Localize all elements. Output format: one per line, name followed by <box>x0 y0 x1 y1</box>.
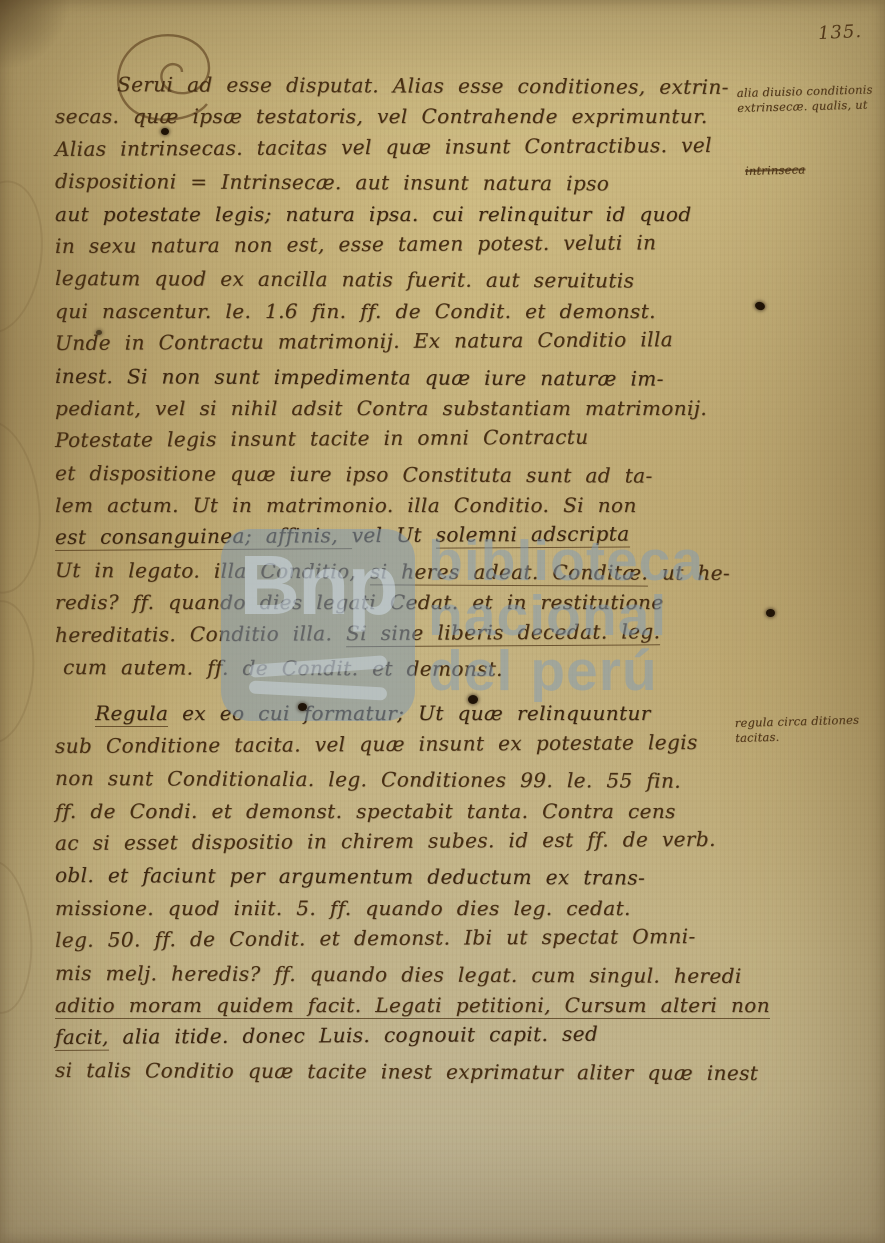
manuscript-line: Potestate legis insunt tacite in omni Co… <box>55 420 775 457</box>
manuscript-line: leg. 50. ff. de Condit. et demonst. Ibi … <box>55 920 775 957</box>
manuscript-line: ac si esset dispositio in chirem subes. … <box>55 823 775 860</box>
ink-blot <box>161 128 169 135</box>
manuscript-line: inest. Si non sunt impedimenta quæ iure … <box>55 360 775 396</box>
manuscript-line: sub Conditione tacita. vel quæ insunt ex… <box>55 725 775 762</box>
manuscript-line: hereditatis. Conditio illa. Si sine libe… <box>55 614 775 651</box>
showthrough-mark <box>0 416 49 598</box>
manuscript-line: dispositioni = Intrinsecæ. aut insunt na… <box>55 165 775 201</box>
manuscript-line: Serui ad esse disputat. Alias esse condi… <box>55 68 775 104</box>
manuscript-line: Unde in Contractu matrimonij. Ex natura … <box>55 323 775 360</box>
showthrough-mark <box>0 858 37 1017</box>
manuscript-line: cum autem. ff. de Condit. et demonst. <box>55 651 775 687</box>
margin-note-regula: regula circa ditiones tacitas. <box>735 712 885 746</box>
manuscript-line: in sexu natura non est, esse tamen potes… <box>55 226 775 263</box>
manuscript-line: non sunt Conditionalia. leg. Conditiones… <box>55 762 775 798</box>
showthrough-mark <box>0 597 40 747</box>
margin-note-line: extrinsecæ. qualis, ut <box>737 97 885 116</box>
manuscript-line: legatum quod ex ancilla natis fuerit. au… <box>55 262 775 298</box>
manuscript-line: aut potestate legis; natura ipsa. cui re… <box>55 198 775 230</box>
manuscript-line: redis? ff. quando dies legati Cedat. et … <box>55 586 775 618</box>
margin-note-line: tacitas. <box>735 727 885 746</box>
manuscript-line: Ut in legato. illa Conditio, si heres ad… <box>55 554 775 590</box>
ink-blot <box>298 703 307 711</box>
manuscript-text: Serui ad esse disputat. Alias esse condi… <box>55 68 775 1086</box>
margin-note-line: intrinseca <box>745 160 885 179</box>
ink-blot <box>766 609 775 617</box>
manuscript-line: mis melj. heredis? ff. quando dies legat… <box>55 957 775 993</box>
manuscript-line: facit, alia itide. donec Luis. cognouit … <box>55 1017 775 1054</box>
showthrough-mark <box>0 175 52 339</box>
manuscript-line: si talis Conditio quæ tacite inest expri… <box>55 1054 775 1090</box>
margin-note-extrinseca: alia diuisio conditionis extrinsecæ. qua… <box>737 82 885 116</box>
manuscript-line: est consanguinea; affinis, vel Ut solemn… <box>55 517 775 554</box>
manuscript-line: ff. de Condi. et demonst. spectabit tant… <box>55 795 775 827</box>
manuscript-line: et dispositione quæ iure ipso Constituta… <box>55 457 775 493</box>
manuscript-page: 135. Serui ad esse disputat. Alias esse … <box>0 0 885 1243</box>
ink-blot <box>468 695 478 704</box>
manuscript-line: Regula ex eo cui formatur; Ut quæ relinq… <box>55 697 775 729</box>
ink-blot <box>96 330 102 335</box>
margin-note-intrinseca: intrinseca <box>745 160 885 179</box>
manuscript-line: obl. et faciunt per argumentum deductum … <box>55 859 775 895</box>
folio-number: 135. <box>817 21 862 44</box>
